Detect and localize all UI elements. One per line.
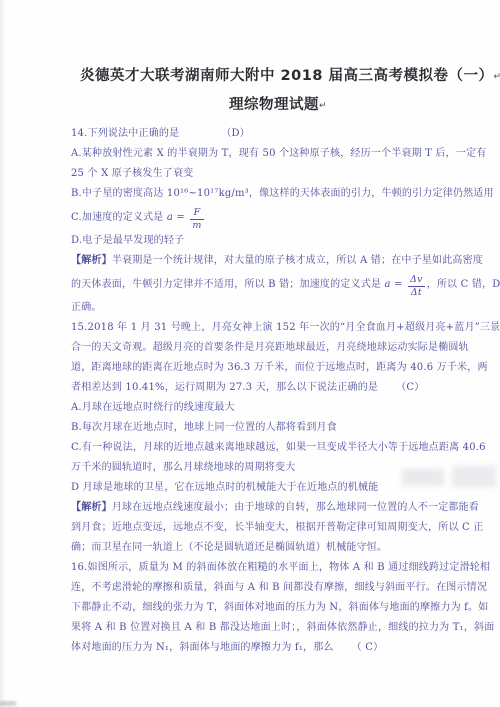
scan-corner-smudge <box>0 701 16 706</box>
paragraph-return-mark: ↵ <box>493 72 500 82</box>
q16-stem-line1: 16.如图所示，质量为 M 的斜面体放在粗糙的水平面上，物体 A 和 B 通过细… <box>71 558 437 578</box>
q15-stem-line2: 合一的天文奇观。超级月亮的首要条件是月亮距地球最近，月亮绕地球运动实际是椭圆轨 <box>71 338 437 358</box>
q14-stem: 14.下列说法中正确的是 <box>71 128 179 139</box>
q14-option-b: B.中子星的密度高达 10¹⁶~10¹⁷kg/m³，像这样的天体表面的引力，牛顿… <box>71 184 437 204</box>
scanned-exam-page: 炎德英才大联考湖南师大附中 2018 届高三高考模拟卷（一）↵ 理综物理试题↵ … <box>0 0 500 707</box>
q16-stem-line5: 体对地面的压力为 N₁，斜面体与地面的摩擦力为 f₁，那么（ C） <box>71 638 437 658</box>
q15-option-b: B.每次月球在近地点时，地球上同一位置的人都将看到月食 <box>71 418 437 438</box>
q15-analysis-line2: 到月食；近地点变远，远地点不变，长半轴变大，根据开普勒定律可知周期变大，所以 C… <box>71 518 437 538</box>
doc-title-text: 炎德英才大联考湖南师大附中 2018 届高三高考模拟卷（一） <box>80 68 493 84</box>
document-body: 14.下列说法中正确的是（D） A.某种放射性元素 X 的半衰期为 T，现有 5… <box>71 124 437 658</box>
q15-option-d: D 月球是地球的卫星，它在远地点时的机械能大于在近地点的机械能 <box>71 478 437 498</box>
q15-option-c-line1: C.有一种说法，月球的近地点越来离地球越远，如果一旦变成半径大小等于远地点距离 … <box>71 438 437 458</box>
doc-subtitle: 理综物理试题↵ <box>229 93 327 114</box>
q15-stem-line3: 道，距离地球的距离在近地点时为 36.3 万千米，而位于远地点时，距离为 40.… <box>71 358 437 378</box>
paragraph-return-mark: ↵ <box>319 101 327 111</box>
q14-option-c-text: C.加速度的定义式是 <box>71 212 167 223</box>
q14-analysis-line2: 的天体表面，牛顿引力定律并不适用，所以 B 错；加速度的定义式是 a = ΔvΔ… <box>71 271 437 298</box>
q16-stem-text: 体对地面的压力为 N₁，斜面体与地面的摩擦力为 f₁，那么 <box>71 642 334 653</box>
q14-analysis-line3: 正确。 <box>71 298 437 318</box>
q15-answer: （C） <box>396 378 424 398</box>
q14-analysis-text1: 半衰期是一个统计规律，对大量的原子核才成立，所以 A 错；在中子星如此高密度 <box>112 255 483 266</box>
q15-stem-line1: 15.2018 年 1 月 31 号晚上，月亮女神上演 152 年一次的“月全食… <box>71 318 437 338</box>
fraction-numerator: Δv <box>408 275 425 287</box>
q14-option-a-line2: 25 个 X 原子核发生了衰变 <box>71 164 437 184</box>
q15-option-c-line2: 万千米的圆轨道时，那么月球绕地球的周期将变大 <box>71 458 437 478</box>
q14-option-c-line: C.加速度的定义式是 a = Fm <box>71 204 437 231</box>
formula-fraction-dv-over-dt: ΔvΔt <box>408 275 425 298</box>
q14-analysis-text3: ，所以 C 错，D <box>427 279 500 290</box>
q15-analysis-text1: 月球在远地点线速度最小；由于地球的自转，那么地球同一位置的人不一定都能看 <box>112 502 479 513</box>
formula-fraction-F-over-m: Fm <box>190 208 203 231</box>
fraction-numerator: F <box>190 208 203 220</box>
q14-option-d: D.电子是最早发现的轻子 <box>71 231 437 251</box>
analysis-tag: 【解析】 <box>71 255 112 266</box>
q14-analysis-text2: 的天体表面，牛顿引力定律并不适用，所以 B 错；加速度的定义式是 <box>71 279 384 290</box>
doc-title: 炎德英才大联考湖南师大附中 2018 届高三高考模拟卷（一）↵ <box>80 64 500 85</box>
scan-edge-shadow <box>0 0 6 707</box>
q15-option-a: A.月球在远地点时绕行的线速度最大 <box>71 398 437 418</box>
analysis-tag: 【解析】 <box>71 502 112 513</box>
scan-artifact <box>452 466 496 487</box>
q14-stem-line: 14.下列说法中正确的是（D） <box>71 124 437 144</box>
formula-equals: = <box>173 212 188 223</box>
q14-answer: （D） <box>221 124 250 144</box>
q16-stem-line3: 下都静止不动，细线的张力为 T，斜面体对地面的压力为 N，斜面体与地面的摩擦力为… <box>71 598 437 618</box>
formula-equals: = <box>391 279 406 290</box>
q15-stem-text: 者相差达到 10.41%，运行周期为 27.3 天，那么以下说法正确的是 <box>71 382 378 393</box>
q16-stem-line4: 果将 A 和 B 位置对换且 A 和 B 都没达地面上时；，斜面体依然静止，细线… <box>71 618 437 638</box>
q14-analysis-line1: 【解析】半衰期是一个统计规律，对大量的原子核才成立，所以 A 错；在中子星如此高… <box>71 251 437 271</box>
doc-subtitle-text: 理综物理试题 <box>229 97 319 113</box>
q15-stem-line4: 者相差达到 10.41%，运行周期为 27.3 天，那么以下说法正确的是（C） <box>71 378 437 398</box>
q15-analysis-line3: 确；而卫星在同一轨道上（不论是圆轨道还是椭圆轨道）机械能守恒。 <box>71 538 437 558</box>
fraction-denominator: m <box>190 220 203 231</box>
q16-stem-line2: 连，不考虑滑轮的摩擦和质量，斜面与 A 和 B 间都没有摩擦，细线与斜面平行。在… <box>71 578 437 598</box>
q16-answer: （ C） <box>352 638 384 658</box>
fraction-denominator: Δt <box>408 287 425 298</box>
q15-analysis-line1: 【解析】月球在远地点线速度最小；由于地球的自转，那么地球同一位置的人不一定都能看 <box>71 498 437 518</box>
q14-option-a-line1: A.某种放射性元素 X 的半衰期为 T，现有 50 个这种原子核，经历一个半衰期… <box>71 144 437 164</box>
